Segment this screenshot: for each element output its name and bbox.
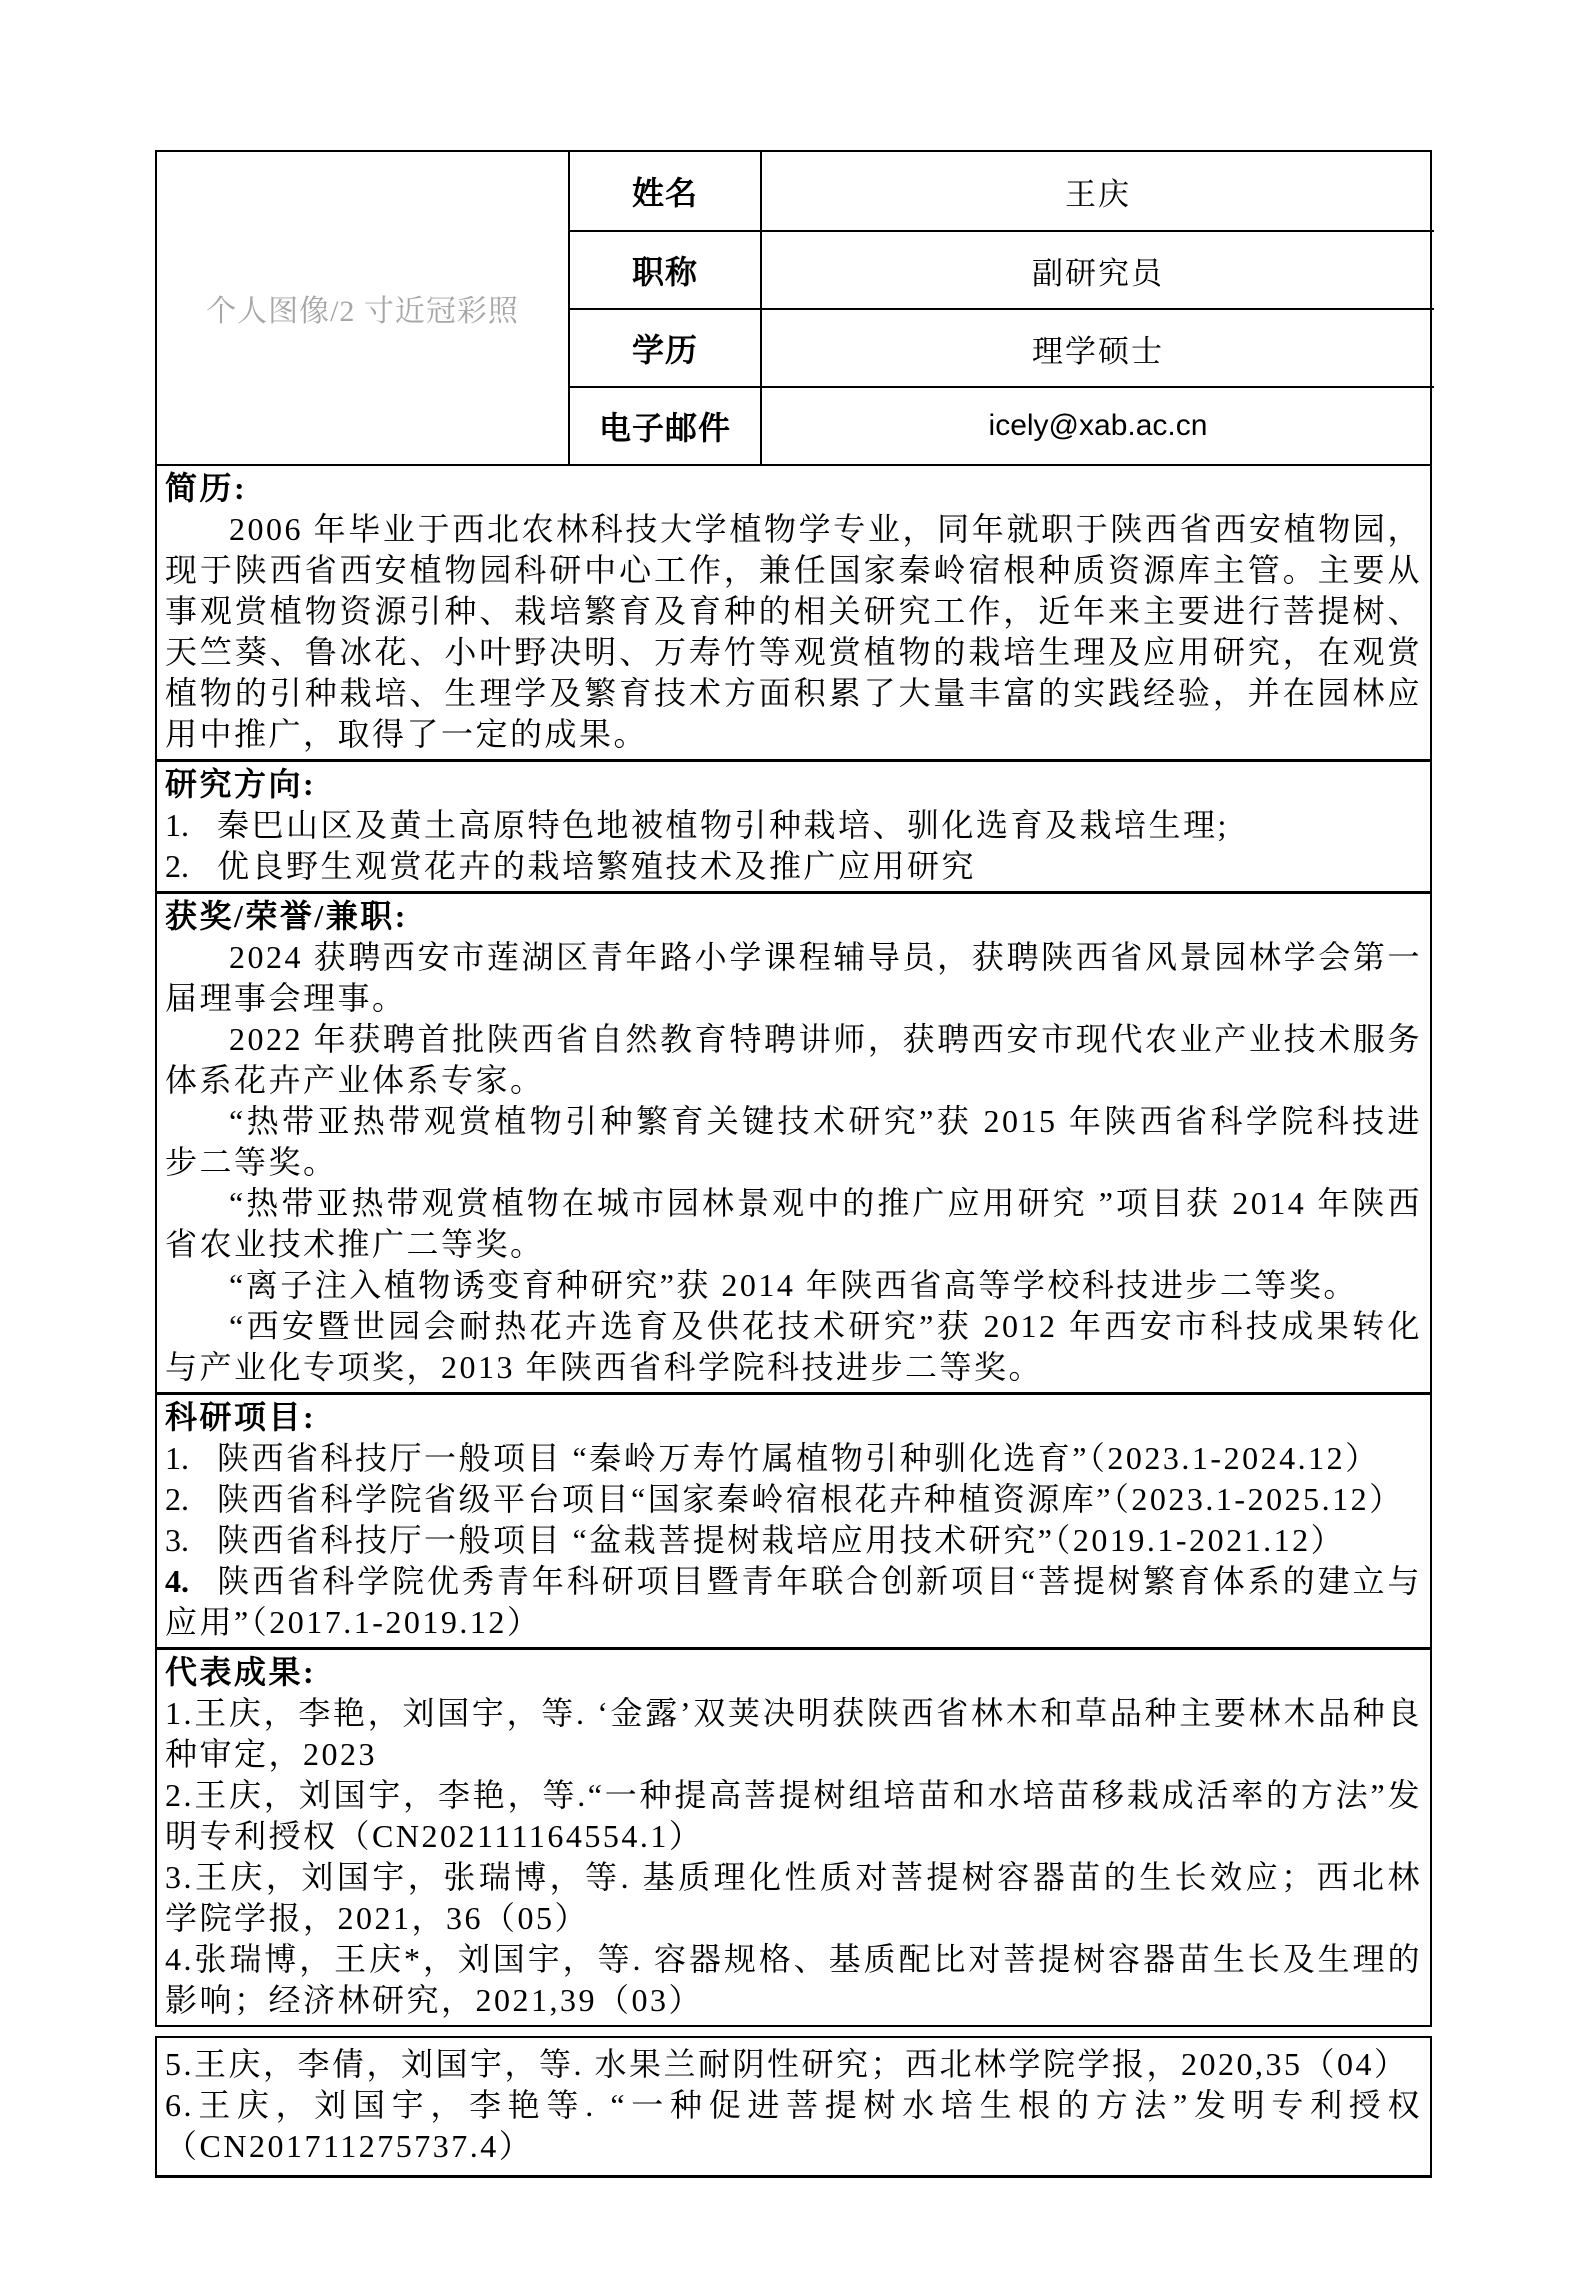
photo-placeholder-text: 个人图像/2 寸近冠彩照 [206,286,519,330]
achievement-item: 4.张瑞博，王庆*，刘国宇，等. 容器规格、基质配比对菩提树容器苗生长及生理的影… [165,1939,1422,2021]
section-achievements: 代表成果: 1.王庆，李艳，刘国宇，等. ‘金露’双荚决明获陕西省林木和草品种主… [157,1647,1430,2025]
item-text: 优良野生观赏花卉的栽培繁殖技术及推广应用研究 [217,848,976,884]
name-label: 姓名 [568,152,760,230]
research-direction-item: 1.秦巴山区及黄土高原特色地被植物引种栽培、驯化选育及栽培生理; [165,805,1422,846]
item-text: 陕西省科学院省级平台项目“国家秦岭宿根花卉种植资源库”（2023.1-2025.… [217,1481,1404,1517]
project-item: 3.陕西省科技厅一般项目 “盆栽菩提树栽培应用技术研究”（2019.1-2021… [165,1520,1422,1561]
item-text: 陕西省科技厅一般项目 “盆栽菩提树栽培应用技术研究”（2019.1-2021.1… [217,1522,1345,1558]
email-label: 电子邮件 [568,386,760,464]
degree-label: 学历 [568,308,760,386]
project-item: 1.陕西省科技厅一般项目 “秦岭万寿竹属植物引种驯化选育”（2023.1-202… [165,1438,1422,1479]
section-awards: 获奖/荣誉/兼职: 2024 获聘西安市莲湖区青年路小学课程辅导员，获聘陕西省风… [157,891,1430,1392]
awards-title: 获奖/荣誉/兼职: [165,896,1422,937]
achievements-title: 代表成果: [165,1652,1422,1693]
awards-paragraph: “离子注入植物诱变育种研究”获 2014 年陕西省高等学校科技进步二等奖。 [165,1265,1422,1306]
awards-paragraph: “西安暨世园会耐热花卉选育及供花技术研究”获 2012 年西安市科技成果转化与产… [165,1306,1422,1388]
item-number: 2. [165,1479,217,1520]
item-text: 秦巴山区及黄土高原特色地被植物引种栽培、驯化选育及栽培生理; [217,807,1229,843]
email-value: icely@xab.ac.cn [760,386,1434,464]
resume-paragraph: 2006 年毕业于西北农林科技大学植物学专业，同年就职于陕西省西安植物园，现于陕… [165,509,1422,755]
item-text: 陕西省科技厅一般项目 “秦岭万寿竹属植物引种驯化选育”（2023.1-2024.… [217,1440,1380,1476]
section-projects: 科研项目: 1.陕西省科技厅一般项目 “秦岭万寿竹属植物引种驯化选育”（2023… [157,1392,1430,1647]
awards-paragraph: “热带亚热带观赏植物在城市园林景观中的推广应用研究 ”项目获 2014 年陕西省… [165,1183,1422,1265]
profile-table: 个人图像/2 寸近冠彩照 姓名 王庆 职称 副研究员 学历 理学硕士 电子邮件 … [155,150,1432,466]
section-resume: 简历: 2006 年毕业于西北农林科技大学植物学专业，同年就职于陕西省西安植物园… [157,466,1430,759]
item-number: 4. [165,1561,217,1602]
achievement-item: 2.王庆，刘国宇，李艳，等.“一种提高菩提树组培苗和水培苗移栽成活率的方法”发明… [165,1775,1422,1857]
photo-placeholder-cell: 个人图像/2 寸近冠彩照 [157,152,568,464]
item-number: 1. [165,1438,217,1479]
awards-paragraph: “热带亚热带观赏植物引种繁育关键技术研究”获 2015 年陕西省科学院科技进步二… [165,1101,1422,1183]
awards-paragraph: 2022 年获聘首批陕西省自然教育特聘讲师，获聘西安市现代农业产业技术服务体系花… [165,1019,1422,1101]
name-value: 王庆 [760,152,1434,230]
achievement-item: 5.王庆，李倩，刘国宇，等. 水果兰耐阴性研究；西北林学院学报，2020,35（… [165,2044,1422,2085]
item-number: 2. [165,846,217,887]
achievements-overflow-box: 5.王庆，李倩，刘国宇，等. 水果兰耐阴性研究；西北林学院学报，2020,35（… [155,2036,1432,2178]
section-research-directions: 研究方向: 1.秦巴山区及黄土高原特色地被植物引种栽培、驯化选育及栽培生理; 2… [157,759,1430,891]
research-directions-title: 研究方向: [165,764,1422,805]
item-number: 1. [165,805,217,846]
item-number: 3. [165,1520,217,1561]
project-item: 4.陕西省科学院优秀青年科研项目暨青年联合创新项目“菩提树繁育体系的建立与应用”… [165,1561,1422,1643]
research-direction-item: 2.优良野生观赏花卉的栽培繁殖技术及推广应用研究 [165,846,1422,887]
degree-value: 理学硕士 [760,308,1434,386]
title-label: 职称 [568,230,760,308]
cv-document-page: 个人图像/2 寸近冠彩照 姓名 王庆 职称 副研究员 学历 理学硕士 电子邮件 … [155,150,1432,2178]
achievement-item: 6.王庆，刘国宇，李艳等. “一种促进菩提树水培生根的方法”发明专利授权（CN2… [165,2085,1422,2167]
title-value: 副研究员 [760,230,1434,308]
project-item: 2.陕西省科学院省级平台项目“国家秦岭宿根花卉种植资源库”（2023.1-202… [165,1479,1422,1520]
projects-title: 科研项目: [165,1397,1422,1438]
awards-paragraph: 2024 获聘西安市莲湖区青年路小学课程辅导员，获聘陕西省风景园林学会第一届理事… [165,937,1422,1019]
achievement-item: 3.王庆，刘国宇，张瑞博，等. 基质理化性质对菩提树容器苗的生长效应；西北林学院… [165,1857,1422,1939]
item-text: 陕西省科学院优秀青年科研项目暨青年联合创新项目“菩提树繁育体系的建立与应用”（2… [165,1563,1422,1640]
achievement-item: 1.王庆，李艳，刘国宇，等. ‘金露’双荚决明获陕西省林木和草品种主要林木品种良… [165,1693,1422,1775]
main-sections-box: 简历: 2006 年毕业于西北农林科技大学植物学专业，同年就职于陕西省西安植物园… [155,466,1432,2027]
resume-title: 简历: [165,468,1422,509]
